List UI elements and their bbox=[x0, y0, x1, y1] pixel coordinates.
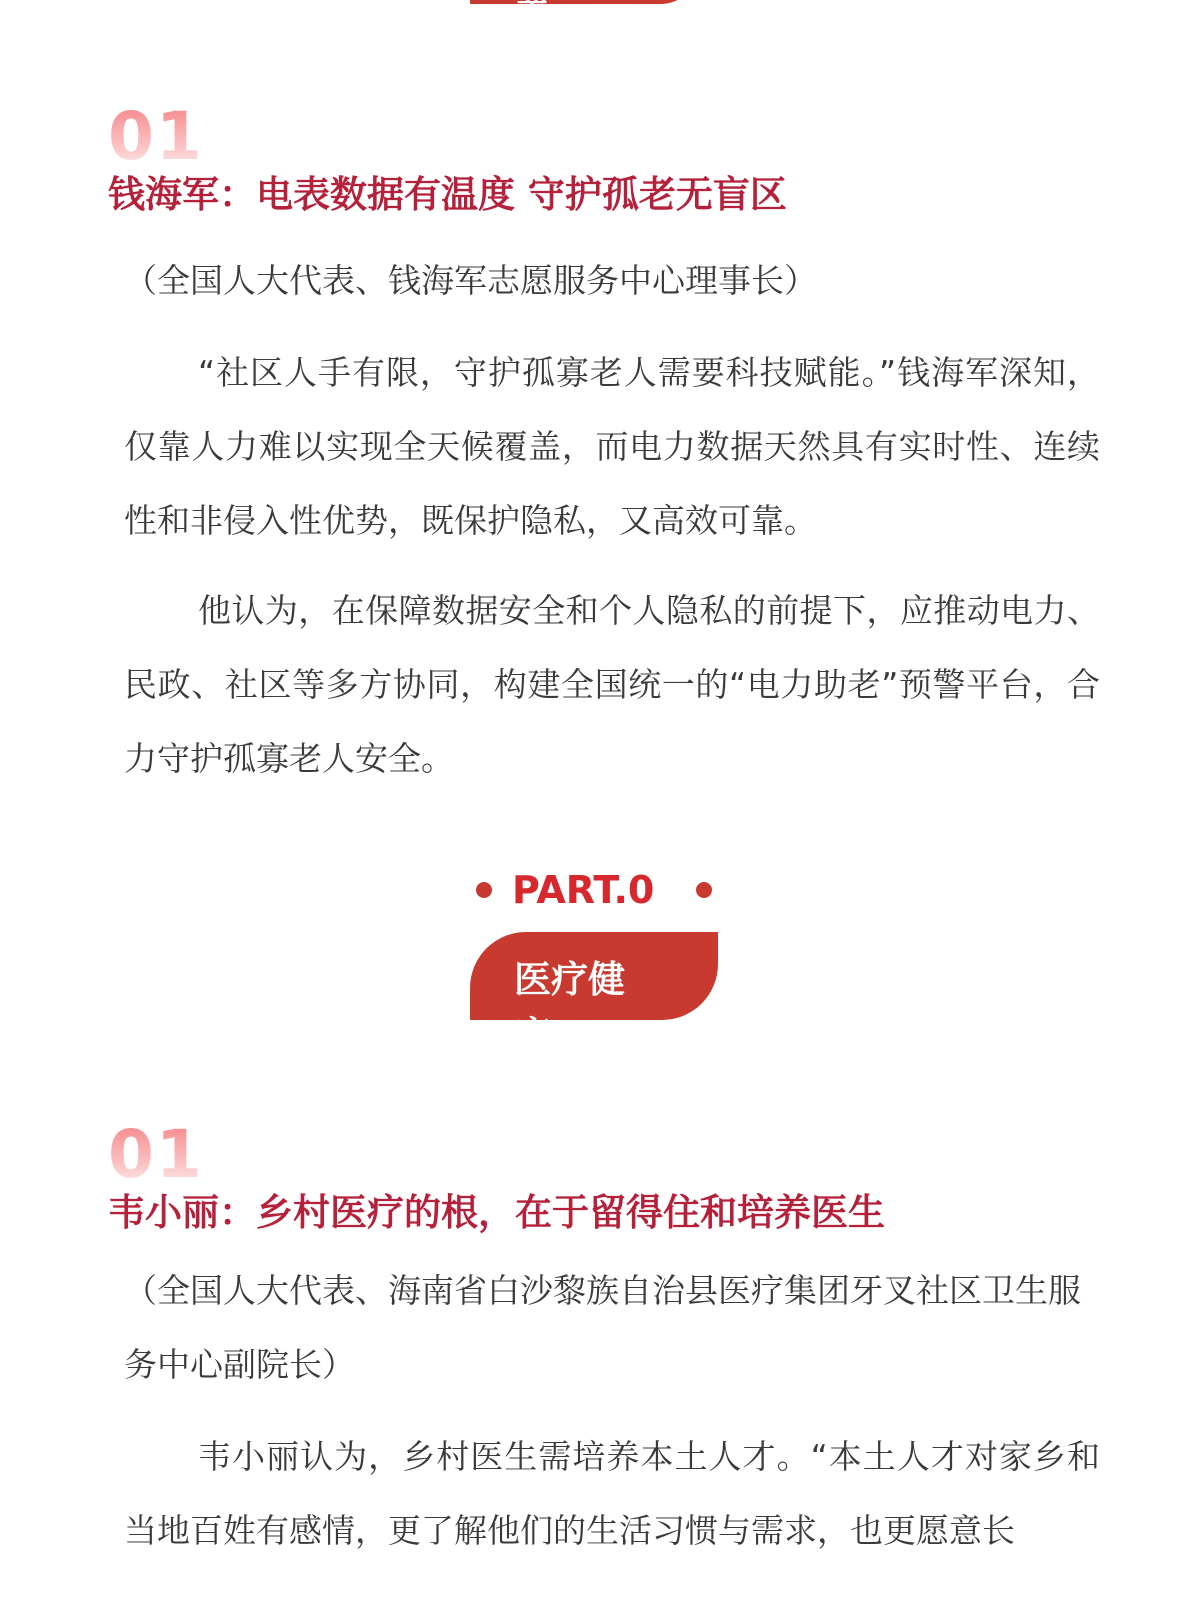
dot-decoration-right bbox=[696, 882, 712, 898]
speaker-title: （全国人大代表、海南省白沙黎族自治县医疗集团牙叉社区卫生服务中心副院长） bbox=[124, 1254, 1108, 1402]
article-section-2: 01 韦小丽：乡村医疗的根，在于留得住和培养医生 （全国人大代表、海南省白沙黎族… bbox=[108, 1122, 1108, 1568]
paragraph: “社区人手有限，守护孤寡老人需要科技赋能。”钱海军深知，仅靠人力难以实现全天候覆… bbox=[124, 336, 1108, 558]
section-number: 01 bbox=[108, 1122, 1108, 1184]
part-header: PART.02 医疗健康 bbox=[470, 862, 720, 1022]
part-label-row: PART.02 bbox=[470, 862, 720, 918]
part-label: PART.02 bbox=[512, 868, 662, 918]
dot-decoration-left bbox=[476, 882, 492, 898]
section-number: 01 bbox=[108, 104, 1108, 166]
section-headline: 韦小丽：乡村医疗的根，在于留得住和培养医生 bbox=[108, 1188, 1108, 1238]
speaker-title: （全国人大代表、钱海军志愿服务中心理事长） bbox=[124, 244, 1108, 318]
section-tab-label: 医疗健康 bbox=[514, 952, 644, 1020]
article-section-1: 01 钱海军：电表数据有温度 守护孤老无盲区 （全国人大代表、钱海军志愿服务中心… bbox=[108, 104, 1108, 796]
paragraph: 他认为，在保障数据安全和个人隐私的前提下，应推动电力、民政、社区等多方协同，构建… bbox=[124, 574, 1108, 796]
previous-section-tab-label: 業 bbox=[514, 0, 550, 4]
section-tab: 医疗健康 bbox=[470, 932, 718, 1020]
previous-section-tab: 業 bbox=[470, 0, 700, 4]
section-headline: 钱海军：电表数据有温度 守护孤老无盲区 bbox=[108, 170, 1108, 220]
paragraph: 韦小丽认为，乡村医生需培养本土人才。“本土人才对家乡和当地百姓有感情，更了解他们… bbox=[124, 1420, 1108, 1568]
